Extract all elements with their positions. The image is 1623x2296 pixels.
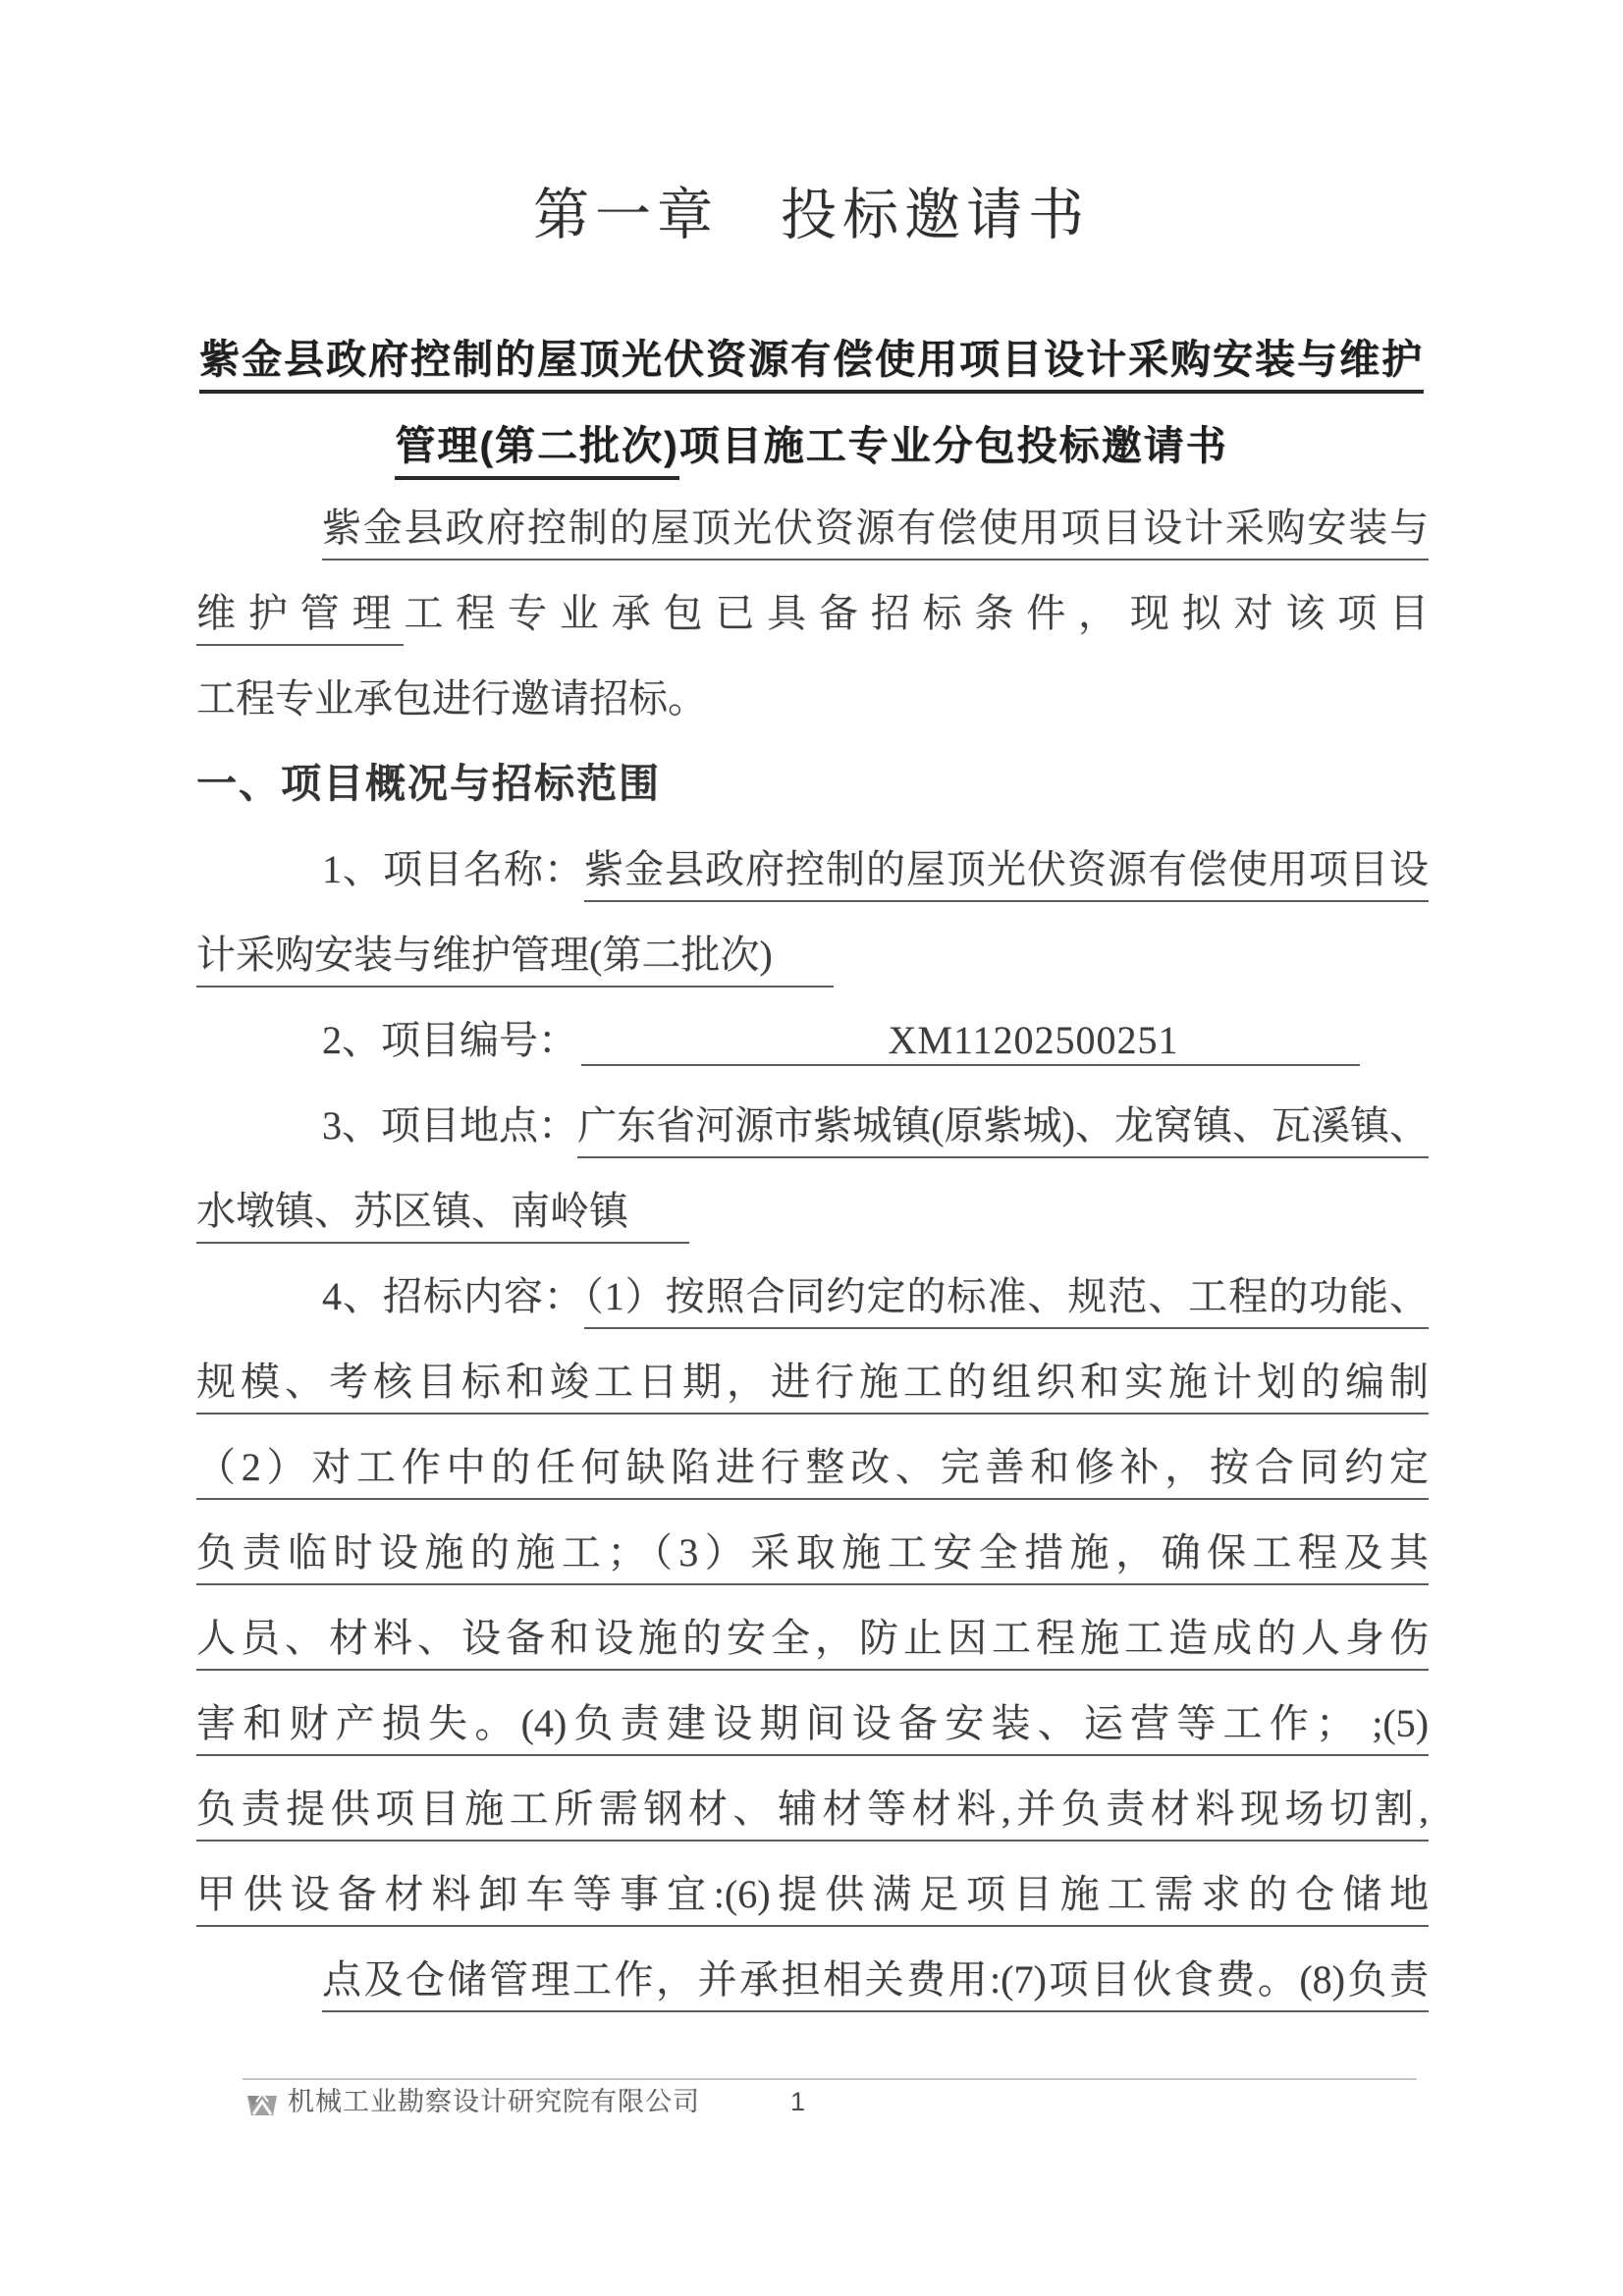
item4-value-line-9: 点及仓储管理工作，并承担相关费用:(7)项目伙食费。(8)负责 [322, 1957, 1429, 2012]
item4-label: 4、招标内容： [322, 1274, 584, 1318]
intro-line-1-text: 紫金县政府控制的屋顶光伏资源有偿使用项目设计采购安装与 [322, 506, 1429, 561]
item4-line-7: 负责提供项目施工所需钢材、辅材等材料,并负责材料现场切割, [196, 1766, 1429, 1851]
subtitle-line-1: 紫金县政府控制的屋顶光伏资源有偿使用项目设计采购安装与维护 [0, 316, 1623, 402]
subtitle-line-2-rest: 项目施工专业分包投标邀请书 [679, 423, 1228, 468]
item2-line: 2、项目编号：XM11202500251 [196, 997, 1429, 1083]
item4-line-1: 4、招标内容：（1）按照合同约定的标准、规范、工程的功能、 [196, 1254, 1429, 1339]
document-subtitle: 紫金县政府控制的屋顶光伏资源有偿使用项目设计采购安装与维护 管理(第二批次)项目… [0, 316, 1623, 489]
item4-line-5: 人员、材料、设备和设施的安全，防止因工程施工造成的人身伤 [196, 1595, 1429, 1681]
intro-line-2: 维护管理工程专业承包已具备招标条件，现拟对该项目 [196, 570, 1429, 656]
item4-value-line-1: （1）按照合同约定的标准、规范、工程的功能、 [584, 1274, 1429, 1329]
item3-value-line-1: 广东省河源市紫城镇(原紫城)、龙窝镇、瓦溪镇、 [577, 1103, 1429, 1158]
subtitle-line-2-underlined: 管理(第二批次) [395, 423, 678, 480]
mountain-logo-icon [246, 2089, 278, 2121]
item4-line-6: 害和财产损失。(4)负责建设期间设备安装、运营等工作； ;(5) [196, 1681, 1429, 1766]
item3-value-line-2: 水墩镇、苏区镇、南岭镇 [196, 1189, 689, 1244]
intro-line-1: 紫金县政府控制的屋顶光伏资源有偿使用项目设计采购安装与 [196, 485, 1429, 570]
footer-page-number: 1 [790, 2082, 805, 2121]
item3-line-1: 3、项目地点：广东省河源市紫城镇(原紫城)、龙窝镇、瓦溪镇、 [196, 1083, 1429, 1168]
item4-value-line-3: （2）对工作中的任何缺陷进行整改、完善和修补，按合同约定 [196, 1445, 1429, 1500]
subtitle-line-1-text: 紫金县政府控制的屋顶光伏资源有偿使用项目设计采购安装与维护 [199, 337, 1424, 394]
footer-divider [243, 2078, 1417, 2080]
item4-line-8: 甲供设备材料卸车等事宜:(6)提供满足项目施工需求的仓储地 [196, 1851, 1429, 1937]
item1-label: 1、项目名称： [322, 847, 584, 891]
item4-line-3: （2）对工作中的任何缺陷进行整改、完善和修补，按合同约定 [196, 1424, 1429, 1510]
item1-value-line-1: 紫金县政府控制的屋顶光伏资源有偿使用项目设 [584, 847, 1429, 902]
item3-label: 3、项目地点： [322, 1103, 577, 1148]
item4-value-line-7: 负责提供项目施工所需钢材、辅材等材料,并负责材料现场切割, [196, 1787, 1429, 1842]
item3-line-2: 水墩镇、苏区镇、南岭镇 [196, 1168, 1429, 1254]
item4-value-line-4: 负责临时设施的施工；（3）采取施工安全措施，确保工程及其 [196, 1530, 1429, 1585]
item1-value-line-2: 计采购安装与维护管理(第二批次) [196, 933, 834, 988]
document-body: 紫金县政府控制的屋顶光伏资源有偿使用项目设计采购安装与 维护管理工程专业承包已具… [196, 485, 1429, 2022]
document-page: 第一章 投标邀请书 紫金县政府控制的屋顶光伏资源有偿使用项目设计采购安装与维护 … [0, 0, 1623, 2296]
item4-line-2: 规模、考核目标和竣工日期，进行施工的组织和实施计划的编制 [196, 1339, 1429, 1424]
subtitle-line-2: 管理(第二批次)项目施工专业分包投标邀请书 [0, 402, 1623, 489]
item4-value-line-6: 害和财产损失。(4)负责建设期间设备安装、运营等工作； ;(5) [196, 1701, 1429, 1756]
item4-value-line-2: 规模、考核目标和竣工日期，进行施工的组织和实施计划的编制 [196, 1360, 1429, 1415]
item4-line-9: 点及仓储管理工作，并承担相关费用:(7)项目伙食费。(8)负责 [196, 1937, 1429, 2022]
item4-value-line-5: 人员、材料、设备和设施的安全，防止因工程施工造成的人身伤 [196, 1616, 1429, 1671]
footer-company-name: 机械工业勘察设计研究院有限公司 [288, 2082, 700, 2121]
intro-line-2-underlined: 维护管理 [196, 591, 404, 646]
intro-line-2-rest: 工程专业承包已具备招标条件，现拟对该项目 [404, 591, 1429, 635]
item1-line-1: 1、项目名称：紫金县政府控制的屋顶光伏资源有偿使用项目设 [196, 827, 1429, 912]
item2-label: 2、项目编号： [322, 1018, 577, 1062]
item4-line-4: 负责临时设施的施工；（3）采取施工安全措施，确保工程及其 [196, 1510, 1429, 1595]
section-heading: 一、项目概况与招标范围 [196, 741, 1429, 827]
chapter-title: 第一章 投标邀请书 [0, 180, 1623, 252]
item1-line-2: 计采购安装与维护管理(第二批次) [196, 912, 1429, 997]
item2-value: XM11202500251 [581, 1017, 1360, 1066]
item4-value-line-8: 甲供设备材料卸车等事宜:(6)提供满足项目施工需求的仓储地 [196, 1872, 1429, 1927]
intro-line-3-text: 工程专业承包进行邀请招标。 [196, 676, 707, 721]
intro-line-3: 工程专业承包进行邀请招标。 [196, 656, 1429, 741]
